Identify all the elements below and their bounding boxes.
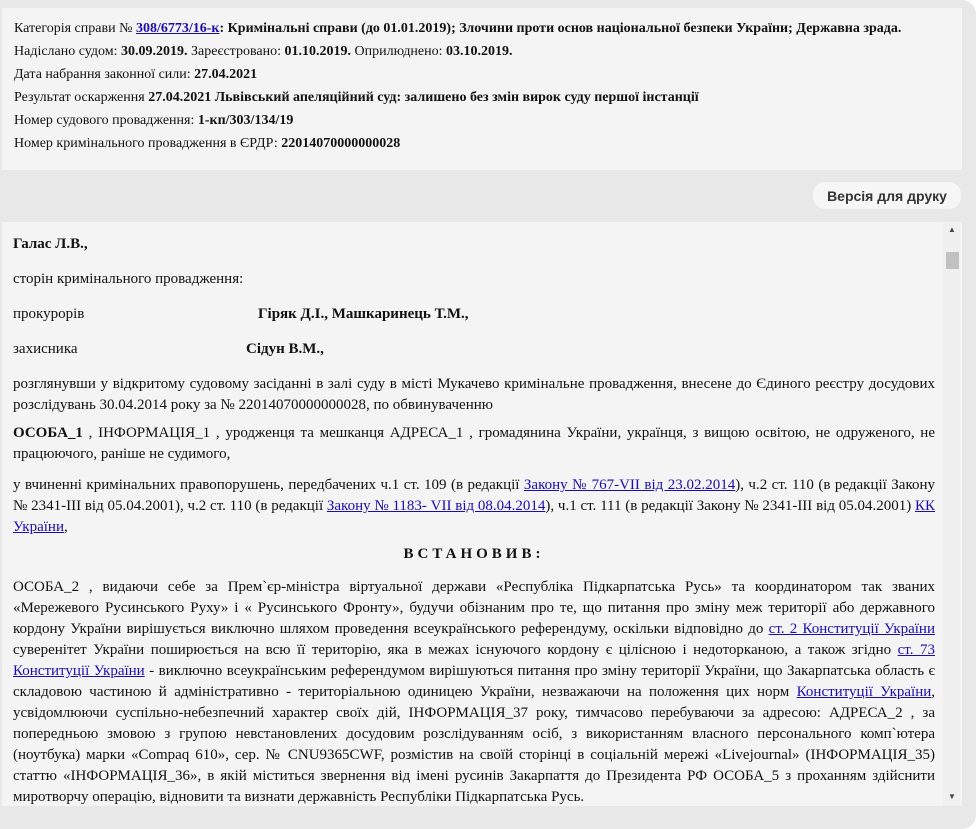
constitution-art2-link[interactable]: ст. 2 Конституції України <box>769 621 935 637</box>
law-1183-link[interactable]: Закону № 1183- VII від 08.04.2014 <box>327 498 546 514</box>
document-viewer: Галас Л.В., сторін кримінального провадж… <box>2 222 962 806</box>
established-heading: ВСТАНОВИВ: <box>13 544 935 565</box>
parties-label: сторін кримінального провадження: <box>13 269 935 290</box>
scrollbar-thumb[interactable] <box>946 252 959 269</box>
considered-paragraph: розглянувши у відкритому судовому засіда… <box>13 374 935 416</box>
case-number-link[interactable]: 308/6773/16-к <box>136 21 220 36</box>
accused-paragraph: ОСОБА_1 , ІНФОРМАЦІЯ_1 , уродженця та ме… <box>13 423 935 465</box>
law-767-link[interactable]: Закону № 767-VII від 23.02.2014 <box>524 477 735 493</box>
established-paragraph: ОСОБА_2 , видаючи себе за Прем`єр-мініст… <box>13 577 935 806</box>
accused-name: ОСОБА_1 <box>13 425 83 441</box>
prosecutors-row: прокурорів Гіряк Д.І., Машкаринець Т.М., <box>13 304 935 325</box>
constitution-link[interactable]: Конституції України <box>797 684 932 700</box>
case-category: Категорія справи № 308/6773/16-к: Кримін… <box>14 21 901 37</box>
print-version-button[interactable]: Версія для друку <box>813 182 961 209</box>
court-proceeding-number: Номер судового провадження: 1-кп/303/134… <box>14 113 293 129</box>
defender-row: захисника Сідун В.М., <box>13 339 935 360</box>
scroll-up-arrow-icon[interactable]: ▲ <box>948 226 956 234</box>
erdr-number: Номер кримінального провадження в ЄРДР: … <box>14 136 400 152</box>
prosecutors-names: Гіряк Д.І., Машкаринець Т.М., <box>258 304 468 325</box>
defender-name: Сідун В.М., <box>246 339 324 360</box>
appeal-result: Результат оскарження 27.04.2021 Львівськ… <box>14 90 699 106</box>
charges-paragraph: у вчиненні кримінальних правопорушень, п… <box>13 475 935 538</box>
judge-name: Галас Л.В., <box>13 234 935 255</box>
document-scrollbar[interactable] <box>943 222 960 806</box>
scroll-down-arrow-icon[interactable]: ▼ <box>948 793 956 801</box>
case-metadata-panel: Категорія справи № 308/6773/16-к: Кримін… <box>2 8 962 170</box>
effective-date: Дата набрання законної сили: 27.04.2021 <box>14 67 257 83</box>
case-dates: Надіслано судом: 30.09.2019. Зареєстрова… <box>14 44 513 60</box>
